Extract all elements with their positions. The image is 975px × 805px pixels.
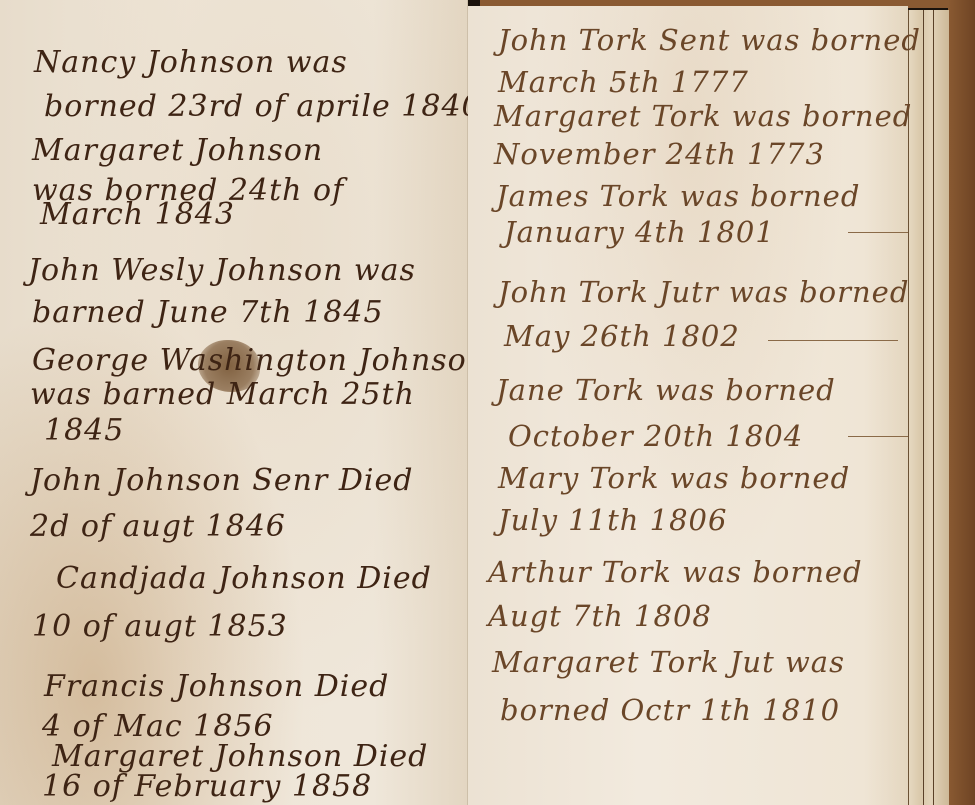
entry-line: 4 of Mac 1856 xyxy=(42,712,274,742)
record-book: Nancy Johnson was borned 23rd of aprile … xyxy=(0,0,975,805)
entry-line: 2d of augt 1846 xyxy=(30,512,286,542)
entry-line: borned 23rd of aprile 1840 xyxy=(44,92,482,122)
entry-line: Arthur Tork was borned xyxy=(488,558,863,587)
entry-line: January 4th 1801 xyxy=(504,218,775,247)
entry-line: Margaret Tork was borned xyxy=(494,102,912,131)
line-dash xyxy=(768,340,898,341)
entry-line: John Tork Sent was borned xyxy=(498,26,921,55)
entry-line: Jane Tork was borned xyxy=(496,376,836,405)
entry-line: Francis Johnson Died xyxy=(44,672,389,702)
book-cover-edge xyxy=(948,0,975,805)
line-dash xyxy=(848,232,908,233)
entry-line: John Wesly Johnson was xyxy=(28,256,416,286)
entry-line: October 20th 1804 xyxy=(508,422,803,451)
entry-line: Augt 7th 1808 xyxy=(488,602,712,631)
entry-line: November 24th 1773 xyxy=(494,140,825,169)
entry-line: George Washington Johnson xyxy=(32,346,487,376)
entry-line: barned June 7th 1845 xyxy=(32,298,384,328)
entry-line: Margaret Johnson xyxy=(32,136,323,166)
entry-line: 10 of augt 1853 xyxy=(32,612,288,642)
entry-line: borned Octr 1th 1810 xyxy=(500,696,840,725)
entry-line: James Tork was borned xyxy=(496,182,860,211)
page-stack-edges xyxy=(908,10,949,805)
entry-line: Margaret Tork Jut was xyxy=(492,648,845,677)
line-dash xyxy=(848,436,908,437)
entry-line: Candjada Johnson Died xyxy=(56,564,432,594)
left-page: Nancy Johnson was borned 23rd of aprile … xyxy=(0,0,468,805)
entry-line: 16 of February 1858 xyxy=(42,772,372,802)
entry-line: Mary Tork was borned xyxy=(498,464,850,493)
entry-line: Nancy Johnson was xyxy=(34,48,348,78)
entry-line: was barned March 25th xyxy=(30,380,415,410)
entry-line: 1845 xyxy=(44,416,124,446)
right-page: John Tork Sent was borned March 5th 1777… xyxy=(468,6,908,805)
entry-line: Margaret Johnson Died xyxy=(52,742,428,772)
entry-line: March 1843 xyxy=(40,200,235,230)
entry-line: March 5th 1777 xyxy=(498,68,749,97)
entry-line: July 11th 1806 xyxy=(498,506,727,535)
entry-line: May 26th 1802 xyxy=(504,322,740,351)
entry-line: John Johnson Senr Died xyxy=(30,466,413,496)
entry-line: John Tork Jutr was borned xyxy=(498,278,909,307)
